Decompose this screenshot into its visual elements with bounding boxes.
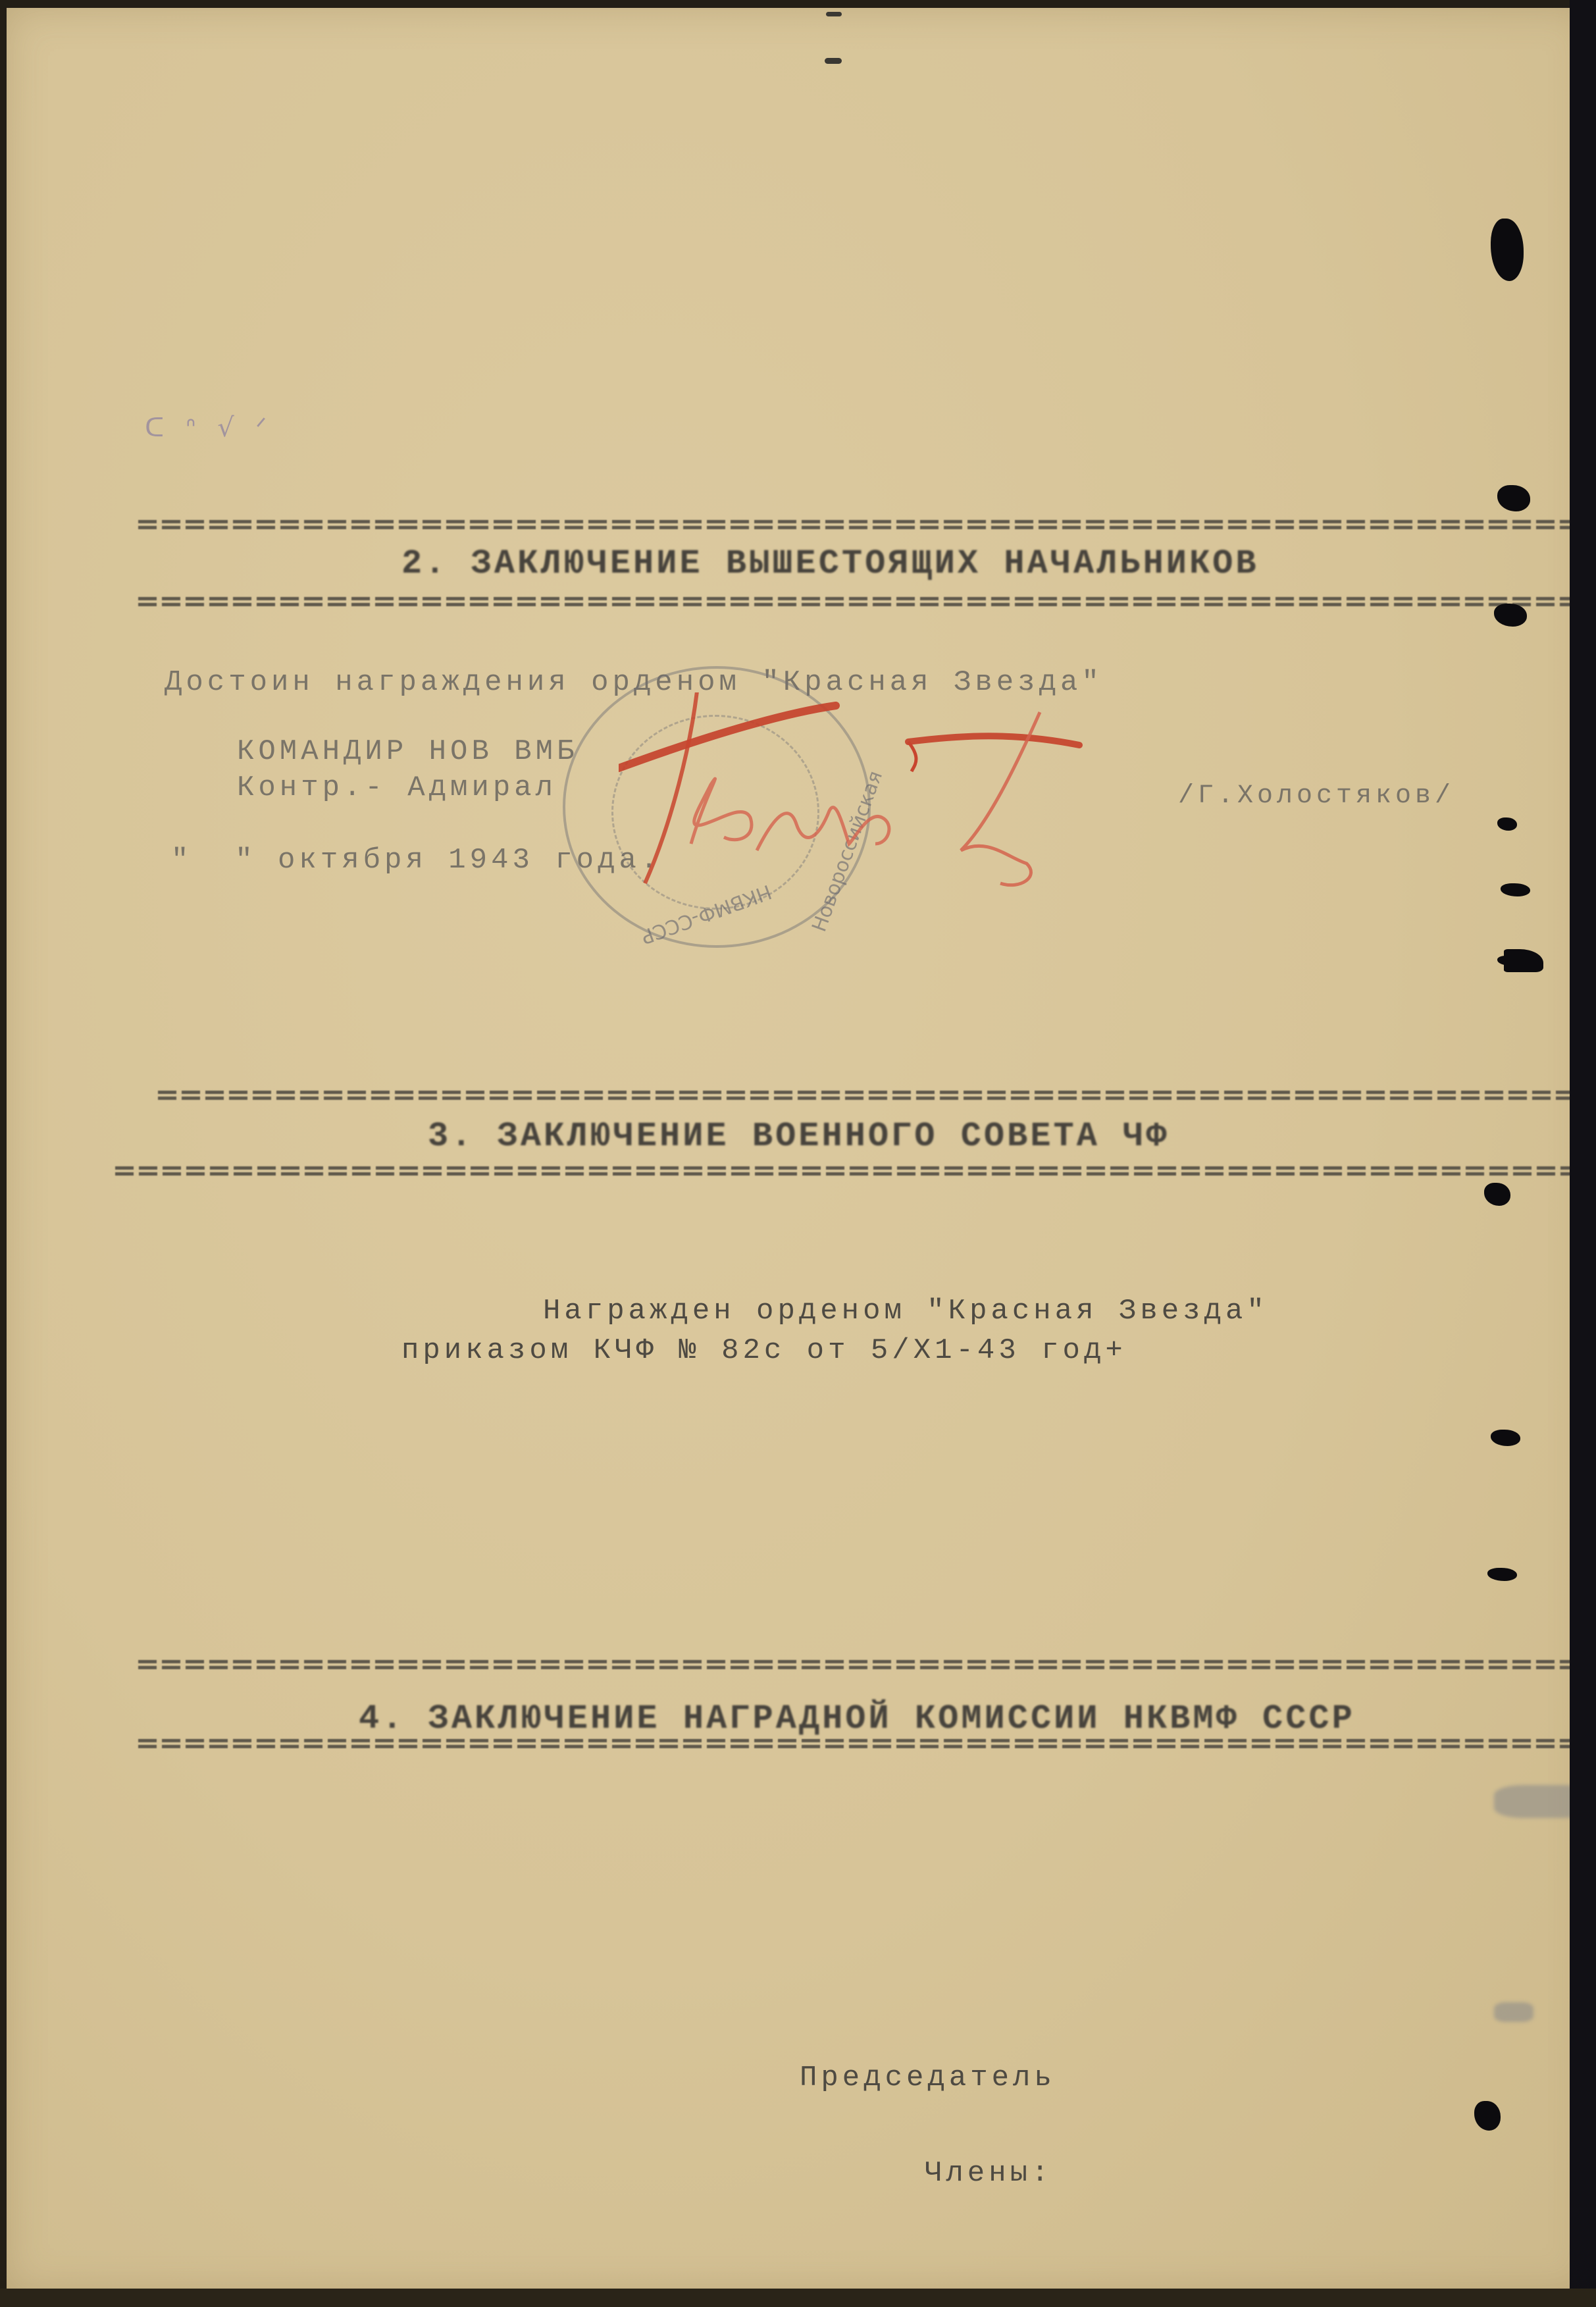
pencil-annotation: ᑕ ᐢ √ ᐟ xyxy=(145,413,273,443)
punch-hole xyxy=(1497,817,1517,831)
punch-hole xyxy=(1501,883,1530,896)
punch-hole xyxy=(1487,1568,1517,1581)
chairman-label: Председатель xyxy=(800,2061,1056,2094)
section-divider xyxy=(138,597,1596,606)
punch-hole xyxy=(1504,949,1543,972)
members-label: Члены: xyxy=(925,2157,1052,2190)
scan-edge-bottom xyxy=(0,2289,1596,2307)
punch-hole xyxy=(1491,219,1524,281)
signatory-title-line2: Контр.- Адмирал xyxy=(237,771,557,804)
section3-heading: 3. ЗАКЛЮЧЕНИЕ ВОЕННОГО СОВЕТА ЧФ xyxy=(428,1117,1170,1156)
section3-award-line2: приказом КЧФ № 82с от 5/Х1-43 год+ xyxy=(401,1334,1127,1367)
section-divider xyxy=(138,520,1596,529)
section-divider xyxy=(115,1166,1596,1176)
punch-hole xyxy=(1474,2101,1501,2131)
punch-hole xyxy=(1491,1430,1520,1446)
section4-heading: 4. ЗАКЛЮЧЕНИЕ НАГРАДНОЙ КОМИССИИ НКВМФ С… xyxy=(359,1699,1355,1738)
document-page: ᑕ ᐢ √ ᐟ 2. ЗАКЛЮЧЕНИЕ ВЫШЕСТОЯЩИХ НАЧАЛЬ… xyxy=(7,8,1589,2292)
paper-stain xyxy=(1494,2002,1533,2022)
top-mark xyxy=(826,12,842,16)
red-signature xyxy=(619,692,1250,929)
top-mark xyxy=(825,58,842,64)
section-divider xyxy=(138,1739,1596,1748)
section-divider xyxy=(138,1660,1596,1669)
scan-edge-right xyxy=(1570,0,1596,2307)
section-divider xyxy=(158,1091,1596,1100)
signatory-title-line1: КОМАНДИР НОВ ВМБ xyxy=(237,735,578,768)
punch-hole xyxy=(1494,604,1527,627)
punch-hole xyxy=(1497,485,1530,511)
punch-hole xyxy=(1484,1183,1510,1206)
section2-heading: 2. ЗАКЛЮЧЕНИЕ ВЫШЕСТОЯЩИХ НАЧАЛЬНИКОВ xyxy=(401,544,1259,583)
section3-award-line1: Награжден орденом "Красная Звезда" xyxy=(543,1295,1268,1328)
